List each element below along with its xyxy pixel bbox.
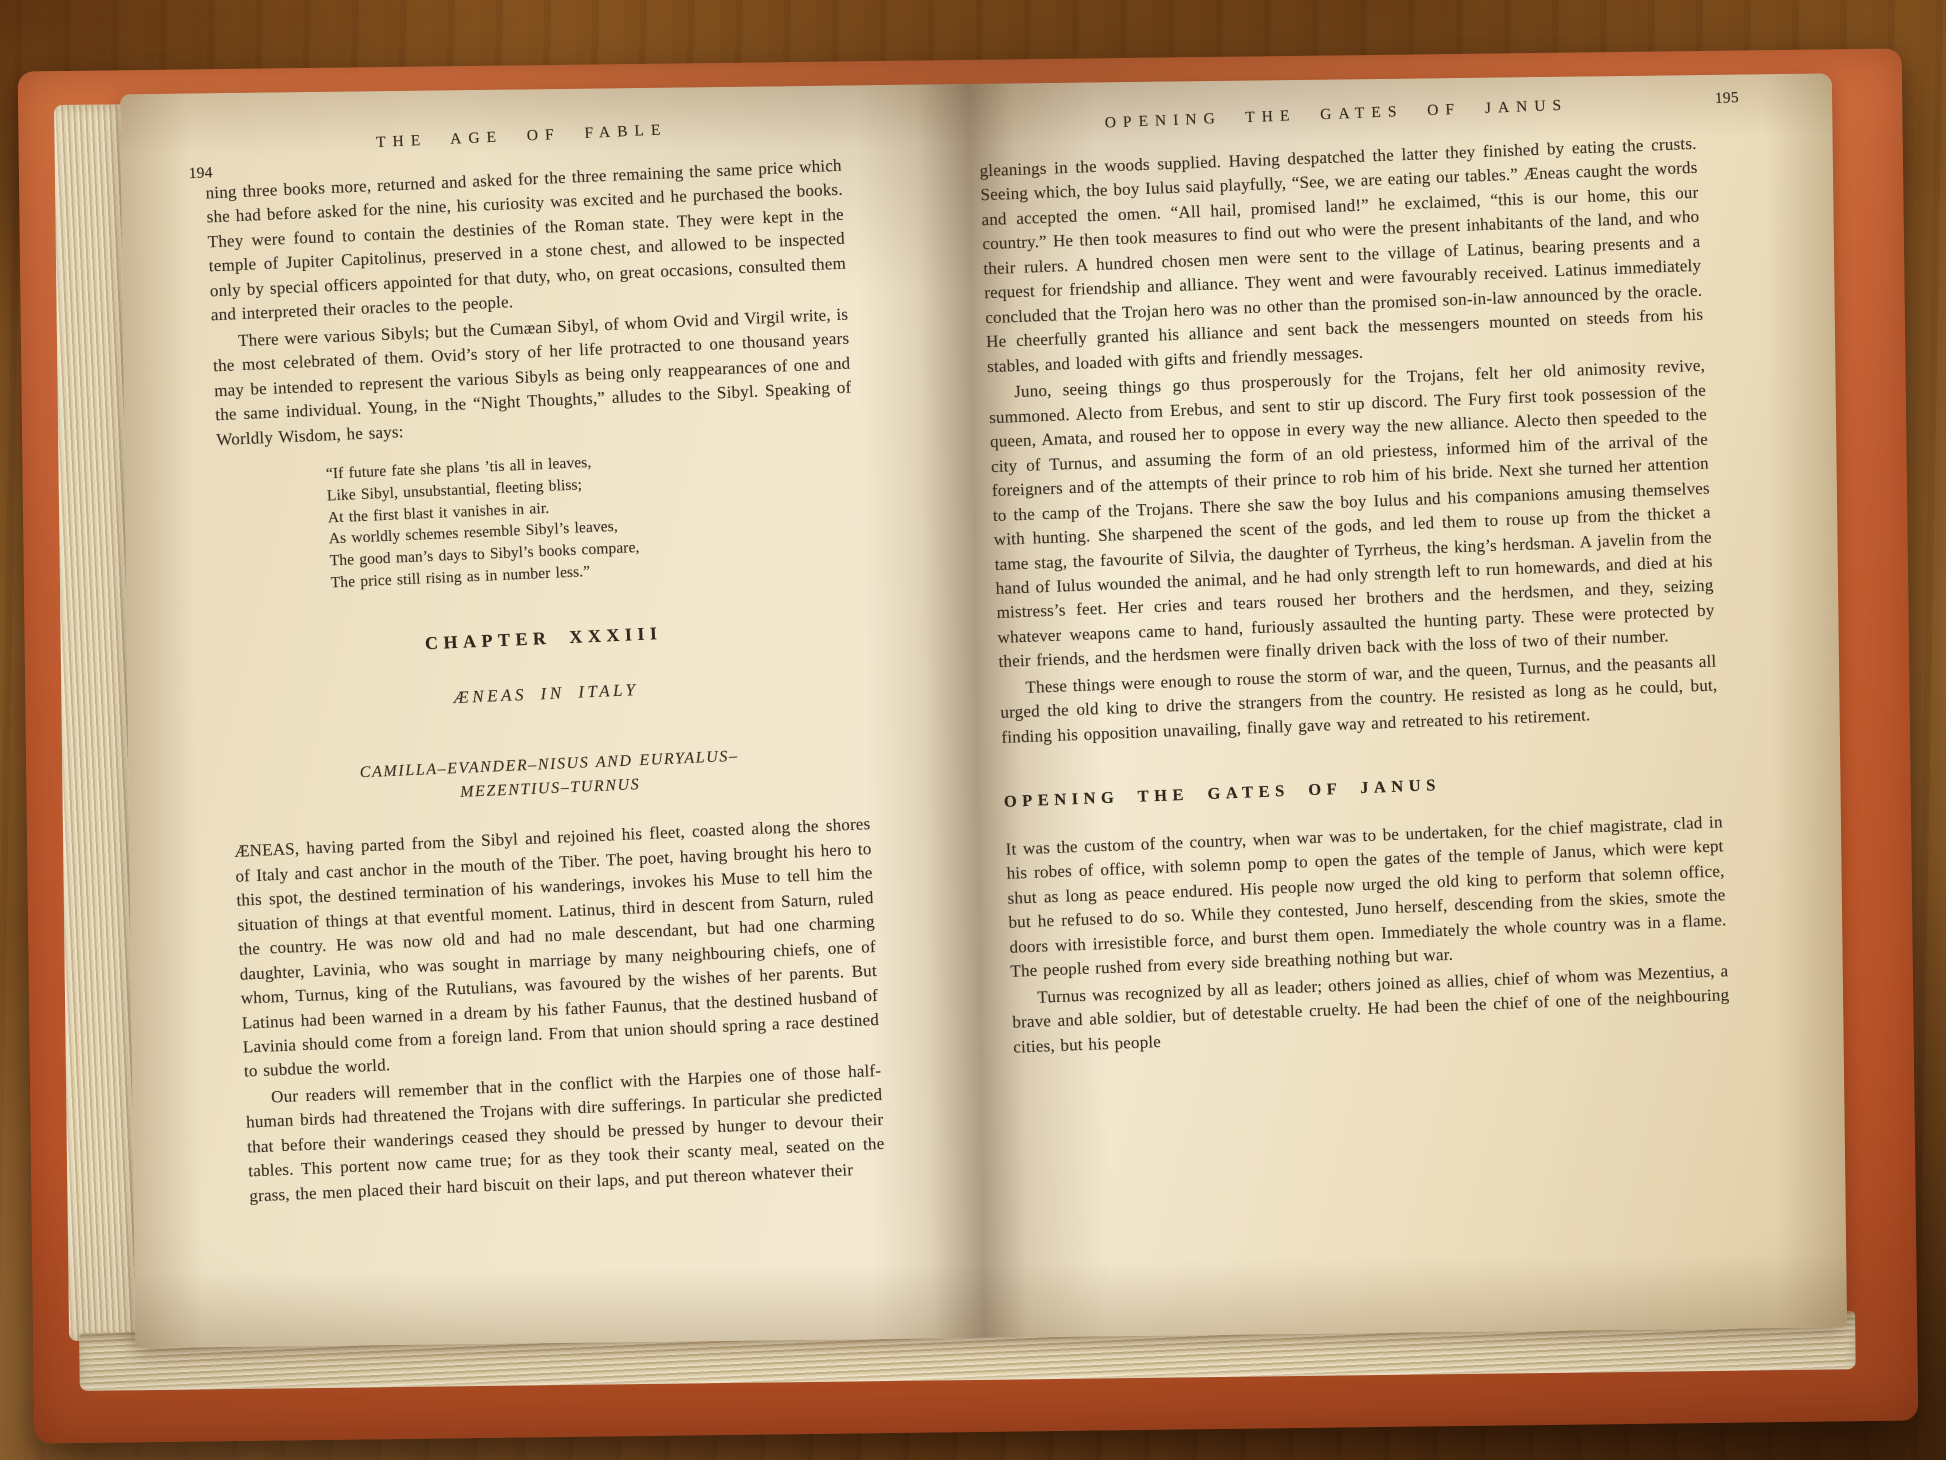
book-photo-scene: THE AGE OF FABLE 194 ning three books mo… [0, 0, 1946, 1460]
paragraph: ÆNEAS, having parted from the Sibyl and … [234, 812, 881, 1084]
chapter-heading: CHAPTER XXXIII [225, 613, 862, 667]
left-page-content: THE AGE OF FABLE 194 ning three books mo… [203, 110, 886, 1209]
right-running-head: OPENING THE GATES OF JANUS [1104, 97, 1568, 132]
right-page: OPENING THE GATES OF JANUS 195 gleanings… [925, 73, 1848, 1338]
paragraph: It was the custom of the country, when w… [1005, 810, 1727, 984]
chapter-title: ÆNEAS IN ITALY [228, 668, 865, 720]
section-heading: OPENING THE GATES OF JANUS [1003, 763, 1721, 814]
poem-quote: “If future fate she plans ’tis all in le… [326, 441, 860, 594]
left-running-head: THE AGE OF FABLE [376, 121, 668, 151]
right-page-content: OPENING THE GATES OF JANUS 195 gleanings… [977, 88, 1730, 1060]
open-book: THE AGE OF FABLE 194 ning three books mo… [18, 49, 1919, 1444]
open-pages-spread: THE AGE OF FABLE 194 ning three books mo… [120, 73, 1847, 1348]
paragraph: Our readers will remember that in the co… [245, 1059, 886, 1209]
right-page-number: 195 [1714, 87, 1739, 110]
paragraph: gleanings in the woods supplied. Having … [979, 132, 1704, 380]
paragraph: Juno, seeing things go thus prosperously… [987, 354, 1715, 675]
paragraph: There were various Sibyls; but the Cumæa… [212, 302, 853, 452]
left-page: THE AGE OF FABLE 194 ning three books mo… [120, 84, 940, 1348]
chapter-subtitle: CAMILLA–EVANDER–NISUS AND EURYALUS– MEZE… [231, 739, 869, 816]
left-page-number: 194 [188, 162, 213, 185]
paragraph: ning three books more, returned and aske… [205, 154, 847, 328]
